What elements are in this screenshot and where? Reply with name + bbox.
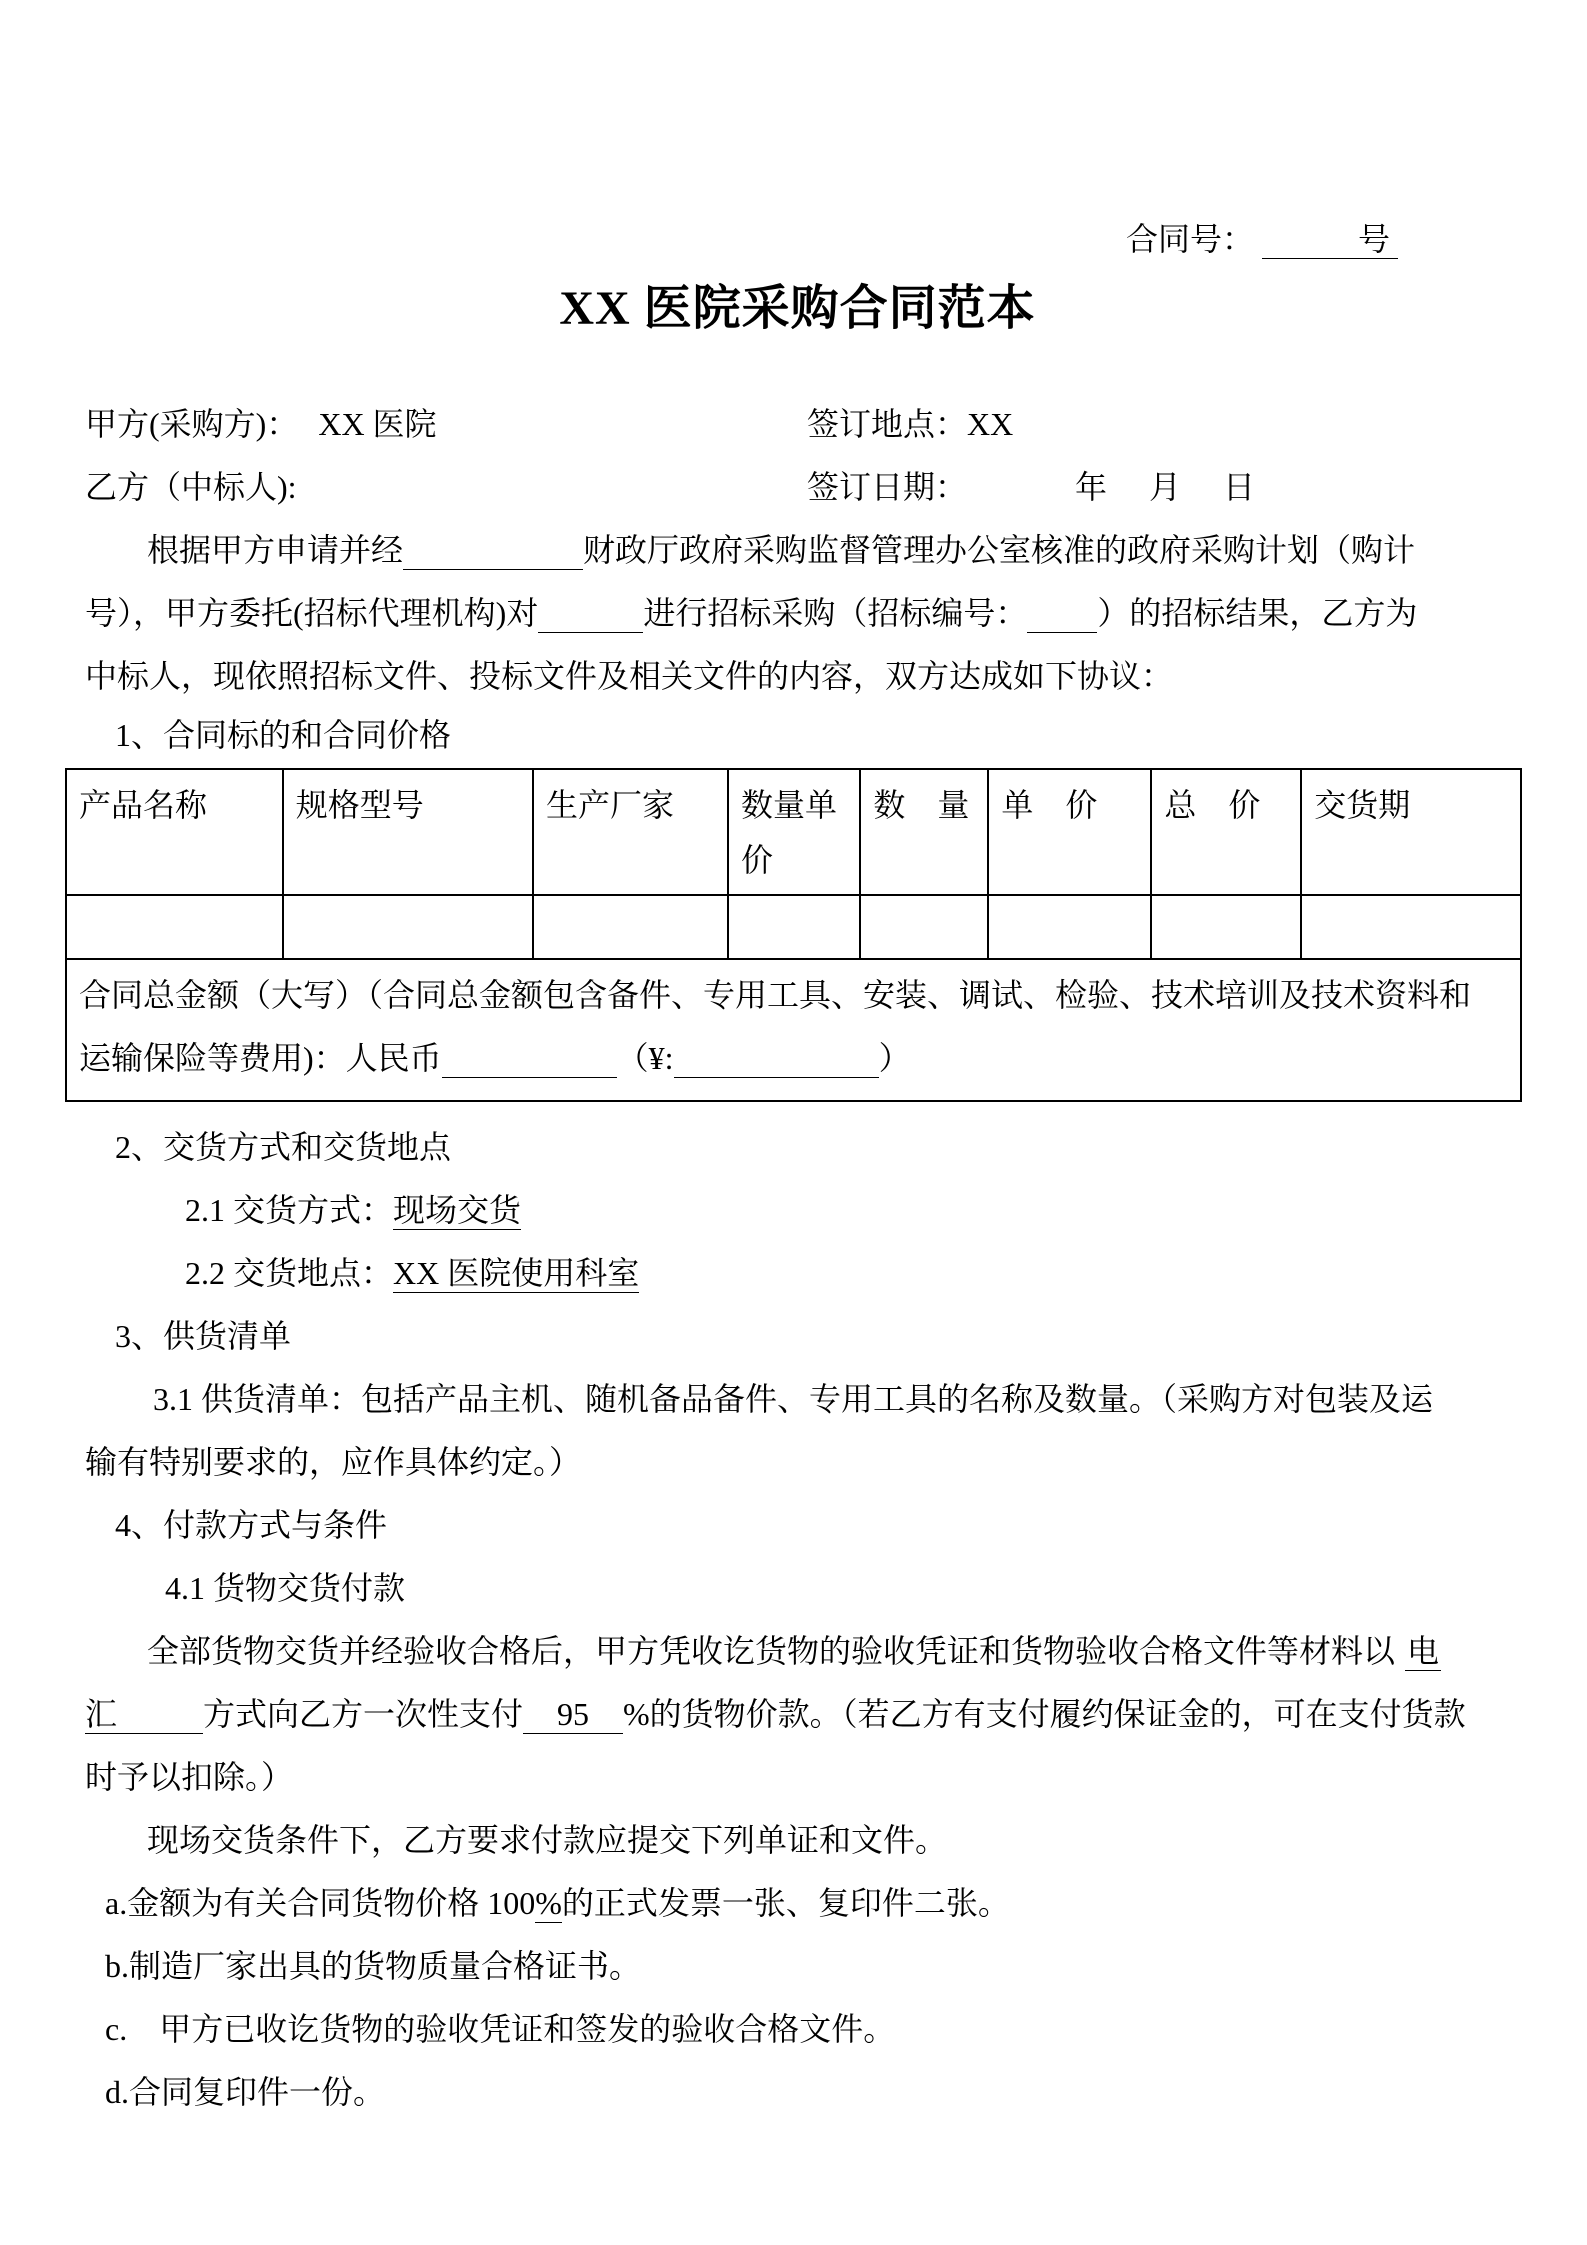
total-amount-text: （¥: [617,1040,674,1076]
delivery-place-line: 2.2 交货地点：XX 医院使用科室 [185,1242,1510,1305]
empty-cell [283,895,533,959]
section-3-heading: 3、供货清单 [115,1305,1510,1368]
col-product-name: 产品名称 [66,769,283,895]
blank-line [1027,602,1097,633]
empty-cell [66,895,283,959]
payment-text: 方式向乙方一次性支付 [203,1696,523,1732]
empty-cell [728,895,860,959]
total-amount-cell: 合同总金额（大写）（合同总金额包含备件、专用工具、安装、调试、检验、技术培训及技… [66,959,1521,1101]
party-b-row: 乙方（中标人): 签订日期：年月日 [85,456,1510,519]
col-total-price: 总 价 [1151,769,1301,895]
party-b-label: 乙方（中标人): [85,469,297,505]
table-empty-row [66,895,1521,959]
supply-list-line-2: 输有特别要求的，应作具体约定。） [85,1431,1510,1494]
payment-line-2: 汇方式向乙方一次性支付95%的货物价款。（若乙方有支付履约保证金的，可在支付货款 [85,1683,1510,1746]
list-item-b: b.制造厂家出具的货物质量合格证书。 [105,1935,1510,1998]
party-a-row: 甲方(采购方)：XX 医院 签订地点：XX [85,393,1510,456]
list-item-text: a.金额为有关合同货物价格 100 [105,1885,535,1921]
col-quantity: 数 量 [860,769,988,895]
intro-line-3: 中标人，现依照招标文件、投标文件及相关文件的内容，双方达成如下协议： [85,645,1510,708]
contract-number-blank: 号 [1262,220,1398,259]
party-a-value: XX 医院 [318,406,436,442]
payment-method-part-1: 电 [1405,1632,1441,1671]
table-total-row: 合同总金额（大写）（合同总金额包含备件、专用工具、安装、调试、检验、技术培训及技… [66,959,1521,1101]
blank-line [674,1047,879,1078]
empty-cell [860,895,988,959]
delivery-note-text: 现场交货条件下，乙方要求付款应提交下列单证和文件。 [147,1822,947,1858]
col-delivery-date: 交货期 [1301,769,1521,895]
delivery-method-line: 2.1 交货方式：现场交货 [185,1179,1510,1242]
total-amount-text: ） [879,1040,911,1076]
col-manufacturer: 生产厂家 [533,769,728,895]
col-unit-price: 单 价 [988,769,1151,895]
page-title: XX 医院采购合同范本 [85,273,1510,345]
blank-line [442,1047,617,1078]
intro-text: 财政厅政府采购监督管理办公室核准的政府采购计划（购计 [583,532,1415,568]
empty-cell [1301,895,1521,959]
section-2-heading: 2、交货方式和交货地点 [115,1116,1510,1179]
intro-text: ）的招标结果，乙方为 [1097,595,1417,631]
delivery-place-value: XX 医院使用科室 [393,1254,639,1293]
list-item-d: d.合同复印件一份。 [105,2061,1510,2124]
sign-place-value: XX [967,406,1013,442]
payment-percent-value: 95 [523,1695,623,1734]
total-amount-text: 运输保险等费用)：人民币 [79,1040,442,1076]
sign-date-day: 日 [1223,469,1255,505]
total-amount-line-1: 合同总金额（大写）（合同总金额包含备件、专用工具、安装、调试、检验、技术培训及技… [79,964,1508,1027]
intro-text: 号），甲方委托(招标代理机构)对 [85,595,538,631]
sign-place-label: 签订地点： [807,406,967,442]
delivery-method-label: 2.1 交货方式： [185,1192,393,1228]
contract-document: 合同号： 号 XX 医院采购合同范本 甲方(采购方)：XX 医院 签订地点：XX… [0,0,1587,2245]
payment-line-1: 全部货物交货并经验收合格后，甲方凭收讫货物的验收凭证和货物验收合格文件等材料以电 [85,1620,1510,1683]
empty-cell [533,895,728,959]
delivery-method-value: 现场交货 [393,1191,521,1230]
list-item-a: a.金额为有关合同货物价格 100%的正式发票一张、复印件二张。 [105,1872,1510,1935]
percent-underlined: % [535,1884,562,1923]
empty-cell [988,895,1151,959]
empty-cell [1151,895,1301,959]
blank-line [538,602,643,633]
total-amount-line-2: 运输保险等费用)：人民币（¥:） [79,1027,1508,1090]
intro-line-2: 号），甲方委托(招标代理机构)对进行招标采购（招标编号：）的招标结果，乙方为 [85,582,1510,645]
payment-text: 全部货物交货并经验收合格后，甲方凭收讫货物的验收凭证和货物验收合格文件等材料以 [147,1633,1395,1669]
sign-date-year: 年 [1075,469,1107,505]
intro-line-1: 根据甲方申请并经财政厅政府采购监督管理办公室核准的政府采购计划（购计 [85,519,1510,582]
payment-method-part-2: 汇 [85,1695,203,1734]
payment-text: %的货物价款。（若乙方有支付履约保证金的，可在支付货款 [623,1696,1466,1732]
list-item-c: c. 甲方已收讫货物的验收凭证和签发的验收合格文件。 [105,1998,1510,2061]
payment-line-3: 时予以扣除。） [85,1746,1510,1809]
supply-list-line-1: 3.1 供货清单：包括产品主机、随机备品备件、专用工具的名称及数量。（采购方对包… [153,1368,1510,1431]
sign-date-label: 签订日期： [807,469,967,505]
blank-line [403,539,583,570]
sign-date-month: 月 [1149,469,1181,505]
section-1-heading: 1、合同标的和合同价格 [115,708,1510,762]
contract-number-line: 合同号： 号 [85,208,1510,271]
goods-table: 产品名称 规格型号 生产厂家 数量单价 数 量 单 价 总 价 交货期 合同总金… [65,768,1522,1102]
col-qty-unit-price: 数量单价 [728,769,860,895]
delivery-place-label: 2.2 交货地点： [185,1255,393,1291]
table-header-row: 产品名称 规格型号 生产厂家 数量单价 数 量 单 价 总 价 交货期 [66,769,1521,895]
party-a-label: 甲方(采购方)： [85,406,298,442]
section-4-1-heading: 4.1 货物交货付款 [165,1557,1510,1620]
col-spec-model: 规格型号 [283,769,533,895]
list-item-text: 的正式发票一张、复印件二张。 [562,1885,1010,1921]
delivery-note-line: 现场交货条件下，乙方要求付款应提交下列单证和文件。 [85,1809,1510,1872]
section-4-heading: 4、付款方式与条件 [115,1494,1510,1557]
intro-text: 进行招标采购（招标编号： [643,595,1027,631]
contract-number-label: 合同号： [1126,221,1254,257]
intro-text: 根据甲方申请并经 [147,532,403,568]
